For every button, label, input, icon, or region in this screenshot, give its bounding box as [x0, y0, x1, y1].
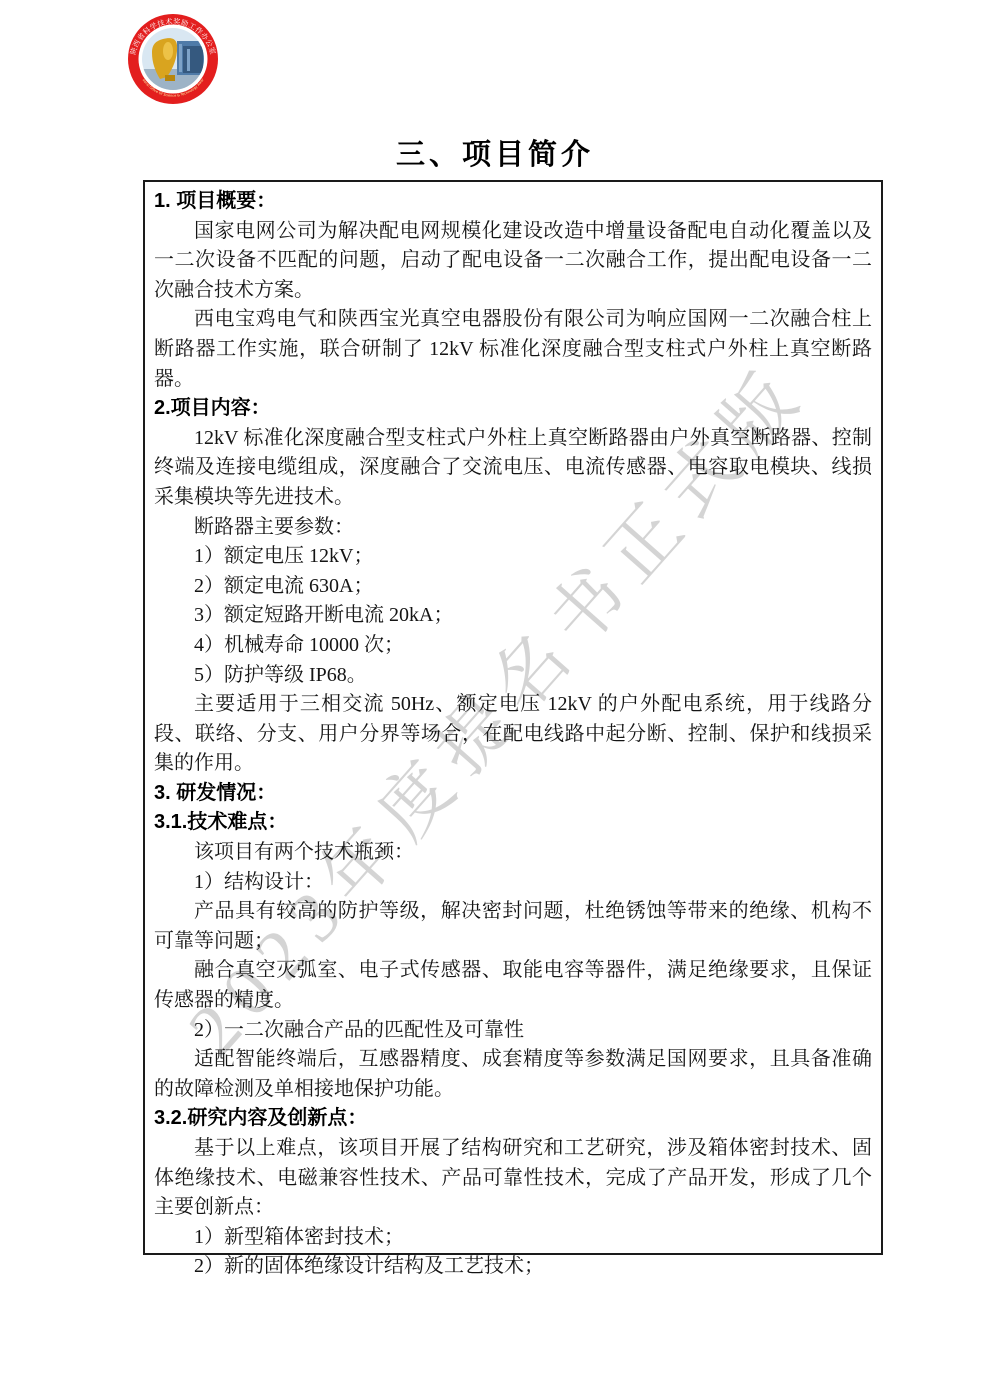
- list-item-solid-insulation-tech: 2）新的固体绝缘设计结构及工艺技术；: [154, 1252, 872, 1282]
- list-item-breaking-current: 3）额定短路开断电流 20kA；: [154, 601, 872, 631]
- list-item-sealing-tech: 1）新型箱体密封技术；: [154, 1223, 872, 1253]
- paragraph: 西电宝鸡电气和陕西宝光真空电器股份有限公司为响应国网一二次融合柱上断路器工作实施…: [154, 305, 872, 394]
- paragraph: 主要适用于三相交流 50Hz、额定电压 12kV 的户外配电系统，用于线路分段、…: [154, 690, 872, 779]
- project-summary-table: 1. 项目概要： 国家电网公司为解决配电网规模化建设改造中增量设备配电自动化覆盖…: [143, 180, 883, 1255]
- paragraph: 融合真空灭弧室、电子式传感器、取能电容等器件，满足绝缘要求，且保证传感器的精度。: [154, 956, 872, 1015]
- agency-seal: 陕西省科学技术奖励工作办公室 Shaanxi Office Of Science…: [127, 13, 219, 105]
- list-item-rated-current: 2）额定电流 630A；: [154, 572, 872, 602]
- paragraph: 该项目有两个技术瓶颈：: [154, 838, 872, 868]
- paragraph: 适配智能终端后，互感器精度、成套精度等参数满足国网要求，且具备准确的故障检测及单…: [154, 1045, 872, 1104]
- list-item-rated-voltage: 1）额定电压 12kV；: [154, 542, 872, 572]
- list-item-protection-rating: 5）防护等级 IP68。: [154, 661, 872, 691]
- list-item-structure-design: 1）结构设计：: [154, 868, 872, 898]
- section-heading-project-overview: 1. 项目概要：: [154, 187, 872, 217]
- page-title: 三、项目简介: [0, 132, 990, 173]
- paragraph: 12kV 标准化深度融合型支柱式户外柱上真空断路器由户外真空断路器、控制终端及连…: [154, 424, 872, 513]
- section-heading-research-innovations: 3.2.研究内容及创新点：: [154, 1104, 872, 1134]
- section-heading-rnd-status: 3. 研发情况：: [154, 779, 872, 809]
- paragraph-list-lead: 断路器主要参数：: [154, 513, 872, 543]
- list-item-mechanical-life: 4）机械寿命 10000 次；: [154, 631, 872, 661]
- paragraph: 国家电网公司为解决配电网规模化建设改造中增量设备配电自动化覆盖以及一二次设备不匹…: [154, 217, 872, 306]
- list-item-compatibility-reliability: 2）一二次融合产品的匹配性及可靠性: [154, 1016, 872, 1046]
- section-heading-project-content: 2.项目内容：: [154, 394, 872, 424]
- paragraph: 产品具有较高的防护等级，解决密封问题，杜绝锈蚀等带来的绝缘、机构不可靠等问题；: [154, 897, 872, 956]
- paragraph: 基于以上难点，该项目开展了结构研究和工艺研究，涉及箱体密封技术、固体绝缘技术、电…: [154, 1134, 872, 1223]
- section-heading-technical-difficulties: 3.1.技术难点：: [154, 808, 872, 838]
